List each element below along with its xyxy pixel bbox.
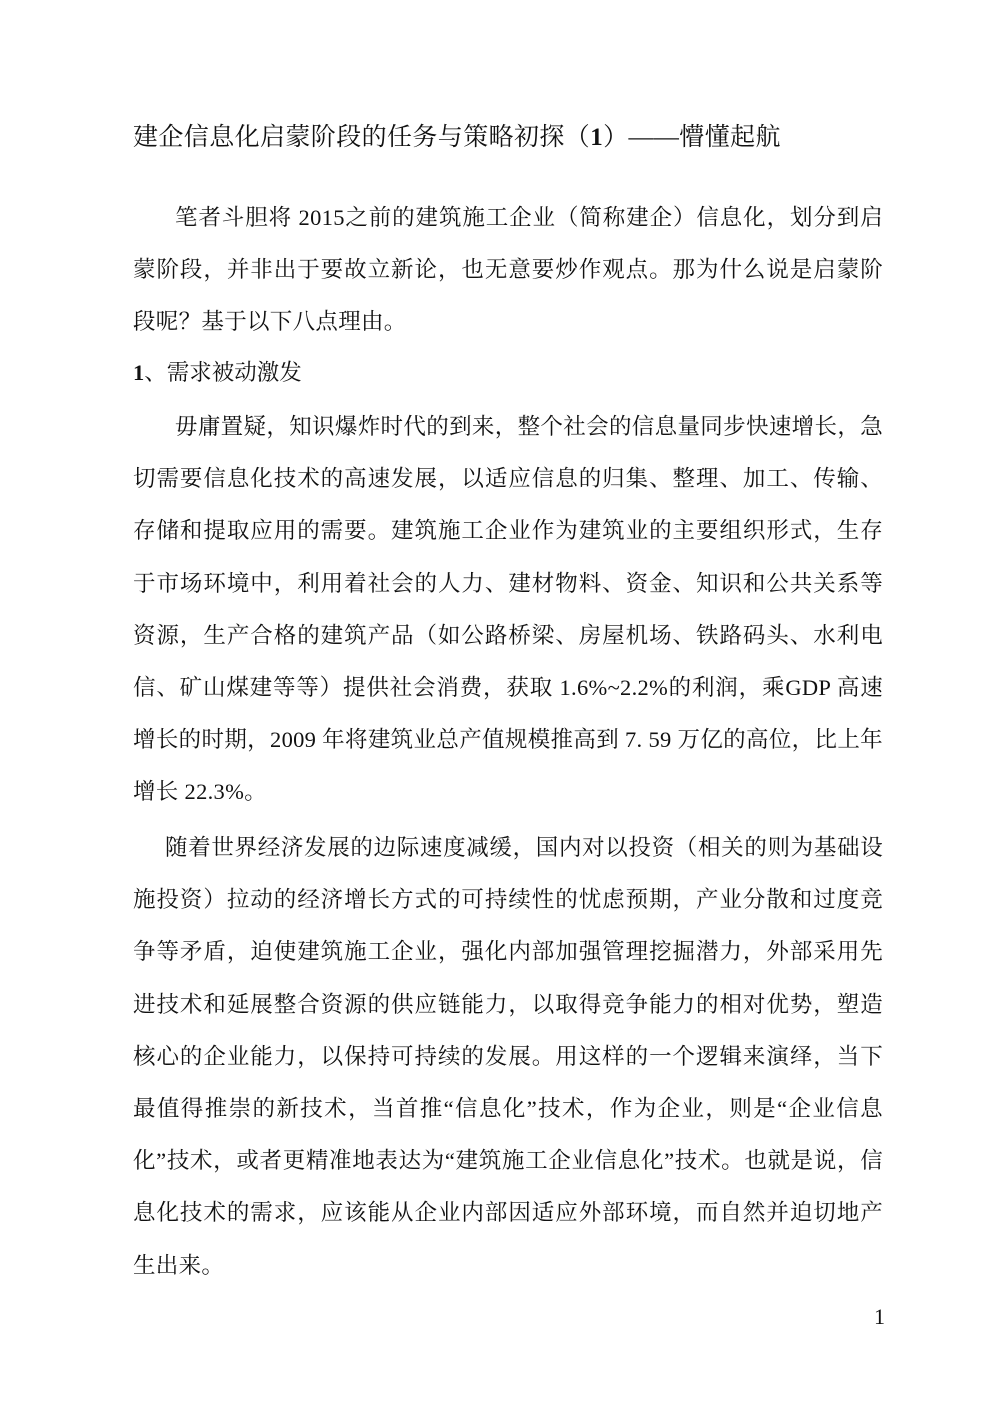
intro-block: 笔者斗胆将 2015之前的建筑施工企业（简称建企）信息化，划分到启蒙阶段，并非出… <box>133 192 883 349</box>
section-number: 1 <box>133 360 144 385</box>
section-paragraph: 毋庸置疑，知识爆炸时代的到来，整个社会的信息量同步快速增长，急切需要信息化技术的… <box>133 401 883 819</box>
title-prefix: 建企信息化启蒙阶段的任务与策略初探（ <box>133 124 590 151</box>
title-number: 1 <box>590 124 603 151</box>
section-1-paragraph-2-block: 随着世界经济发展的边际速度减缓，国内对以投资（相关的则为基础设施投资）拉动的经济… <box>133 822 883 1292</box>
section-heading: 1、需求被动激发 <box>133 351 302 395</box>
page-number: 1 <box>874 1302 885 1332</box>
section-heading-text: 、需求被动激发 <box>144 360 302 385</box>
title-suffix: ）——懵懂起航 <box>603 124 781 151</box>
document-title: 建企信息化启蒙阶段的任务与策略初探（1）——懵懂起航 <box>133 118 893 158</box>
intro-paragraph: 笔者斗胆将 2015之前的建筑施工企业（简称建企）信息化，划分到启蒙阶段，并非出… <box>133 192 883 349</box>
section-1-paragraph-1-block: 毋庸置疑，知识爆炸时代的到来，整个社会的信息量同步快速增长，急切需要信息化技术的… <box>133 401 883 819</box>
document-page: 建企信息化启蒙阶段的任务与策略初探（1）——懵懂起航 笔者斗胆将 2015之前的… <box>0 0 992 1403</box>
section-paragraph: 随着世界经济发展的边际速度减缓，国内对以投资（相关的则为基础设施投资）拉动的经济… <box>133 822 883 1292</box>
